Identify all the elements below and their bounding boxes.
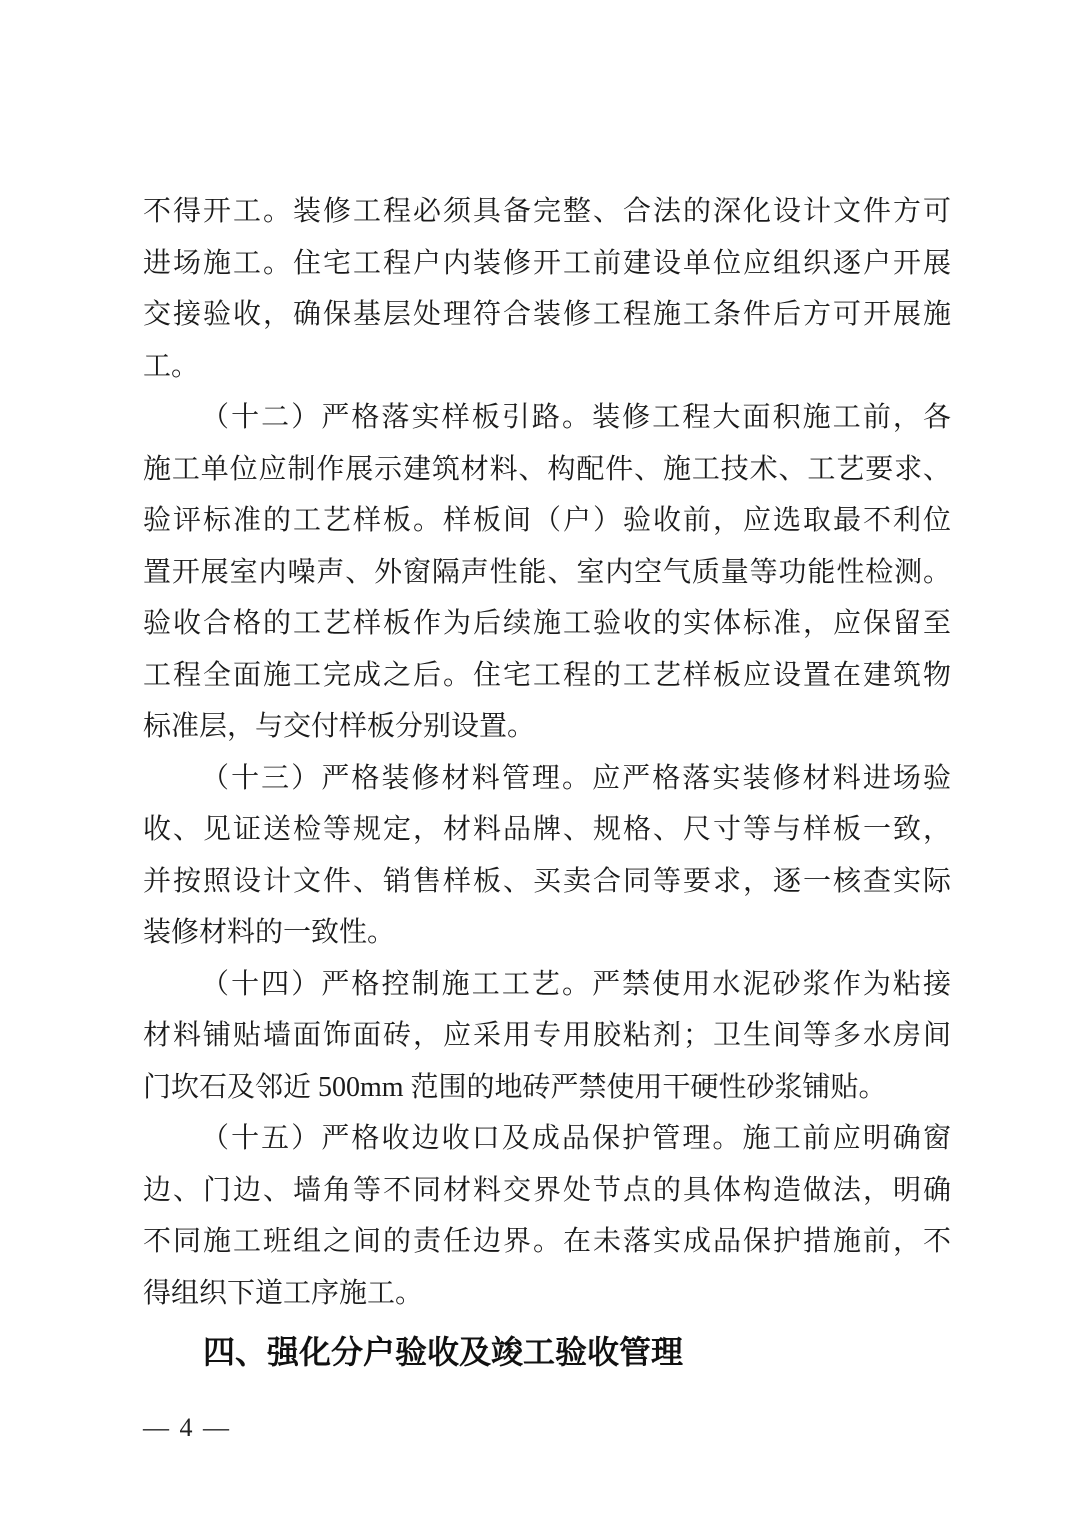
page-number: — 4 — [143, 1412, 231, 1444]
body-line: 不同施工班组之间的责任边界。在未落实成品保护措施前，不 [143, 1216, 951, 1268]
body-line: （十五）严格收边收口及成品保护管理。施工前应明确窗 [143, 1113, 951, 1165]
body-line: 进场施工。住宅工程户内装修开工前建设单位应组织逐户开展 [143, 238, 951, 290]
body-line: （十二）严格落实样板引路。装修工程大面积施工前，各 [143, 392, 951, 444]
body-line: （十四）严格控制施工工艺。严禁使用水泥砂浆作为粘接 [143, 959, 951, 1011]
document-body: 不得开工。装修工程必须具备完整、合法的深化设计文件方可进场施工。住宅工程户内装修… [143, 186, 951, 1379]
body-line: 标准层，与交付样板分别设置。 [143, 701, 951, 753]
body-line: 置开展室内噪声、外窗隔声性能、室内空气质量等功能性检测。 [143, 547, 951, 599]
body-line: 门坎石及邻近 500mm 范围的地砖严禁使用干硬性砂浆铺贴。 [143, 1062, 951, 1114]
body-line: 收、见证送检等规定，材料品牌、规格、尺寸等与样板一致， [143, 804, 951, 856]
body-line: 不得开工。装修工程必须具备完整、合法的深化设计文件方可 [143, 186, 951, 238]
body-line: 工程全面施工完成之后。住宅工程的工艺样板应设置在建筑物 [143, 650, 951, 702]
body-line: 交接验收，确保基层处理符合装修工程施工条件后方可开展施 [143, 289, 951, 341]
document-page: 不得开工。装修工程必须具备完整、合法的深化设计文件方可进场施工。住宅工程户内装修… [0, 0, 1080, 1527]
body-line: 验评标准的工艺样板。样板间（户）验收前，应选取最不利位 [143, 495, 951, 547]
body-line: 材料铺贴墙面饰面砖，应采用专用胶粘剂；卫生间等多水房间 [143, 1010, 951, 1062]
body-line: （十三）严格装修材料管理。应严格落实装修材料进场验 [143, 753, 951, 805]
body-line: 边、门边、墙角等不同材料交界处节点的具体构造做法，明确 [143, 1165, 951, 1217]
body-line: 装修材料的一致性。 [143, 907, 951, 959]
body-line: 工。 [143, 341, 951, 393]
body-line: 验收合格的工艺样板作为后续施工验收的实体标准，应保留至 [143, 598, 951, 650]
section-heading: 四、强化分户验收及竣工验收管理 [143, 1327, 951, 1379]
body-line: 得组织下道工序施工。 [143, 1268, 951, 1320]
body-line: 施工单位应制作展示建筑材料、构配件、施工技术、工艺要求、 [143, 444, 951, 496]
body-line: 并按照设计文件、销售样板、买卖合同等要求，逐一核查实际 [143, 856, 951, 908]
